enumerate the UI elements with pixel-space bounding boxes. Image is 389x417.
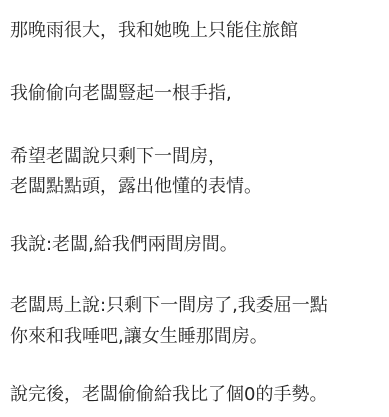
- paragraph-5-line-2: 你來和我唾吧,讓女生睡那間房。: [10, 326, 268, 348]
- paragraph-2-line-1: 我偷偷向老闆豎起一根手指,: [10, 83, 232, 105]
- paragraph-6-line-1: 說完後，老闆偷偷給我比了個0的手勢。: [10, 384, 327, 406]
- paragraph-1-line-1: 那晚雨很大，我和她晚上只能住旅館: [10, 20, 298, 42]
- paragraph-3-line-1: 希望老闆說只剩下一間房，: [10, 146, 226, 168]
- paragraph-5-line-1: 老闆馬上說:只剩下一間房了,我委屈一點: [10, 295, 328, 317]
- paragraph-4-line-1: 我說:老闆,給我們兩間房間。: [10, 234, 238, 256]
- paragraph-3-line-2: 老闆點點頭，露出他懂的表情。: [10, 176, 262, 198]
